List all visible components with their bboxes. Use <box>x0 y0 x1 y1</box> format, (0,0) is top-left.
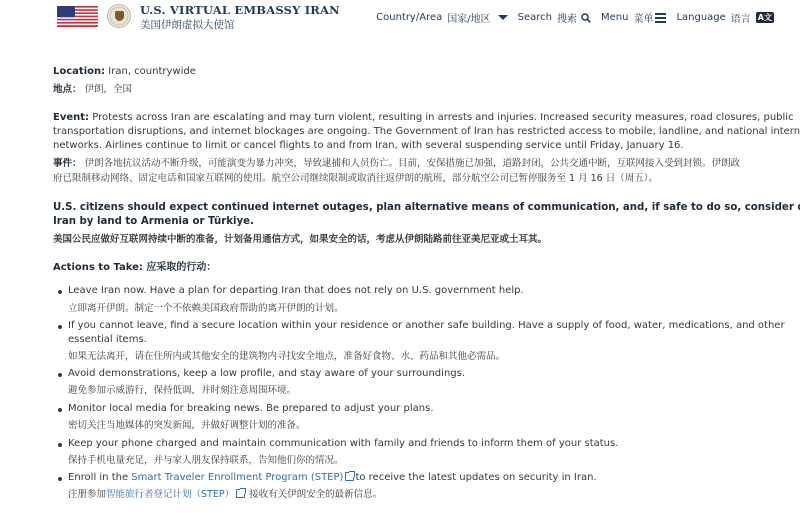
actions-heading-zh: 应采取的行动： <box>143 262 216 273</box>
bullet-icon <box>58 373 62 377</box>
menu-label-zh: 菜单 <box>633 10 653 25</box>
country-label: Country/Area <box>376 12 442 23</box>
action-text-zh: 立即离开伊朗。制定一个不依赖美国政府帮助的离开伊朗的计划。 <box>68 302 344 316</box>
language-button[interactable]: Language 语言 A文 <box>676 10 774 25</box>
action-text: If you cannot leave, find a secure locat… <box>68 319 785 333</box>
search-button[interactable]: Search 搜索 <box>518 10 591 25</box>
advisory-line-1: U.S. citizens should expect continued in… <box>53 201 800 215</box>
action-text: Avoid demonstrations, keep a low profile… <box>68 367 465 381</box>
bullet-icon <box>58 325 62 329</box>
language-label-zh: 语言 <box>731 10 751 25</box>
action-text: Leave Iran now. Have a plan for departin… <box>68 284 524 298</box>
menu-button[interactable]: Menu 菜单 <box>601 10 666 25</box>
step-text-pre-zh: 注册参加 <box>68 489 106 500</box>
search-label: Search <box>518 12 552 23</box>
event-line-3: networks. Airlines continue to limit or … <box>53 139 684 153</box>
hamburger-icon <box>655 13 666 23</box>
action-text-zh: 保持手机电量充足，并与家人朋友保持联系，告知他们你的情况。 <box>68 454 344 468</box>
site-title-zh[interactable]: 美国伊朗虚拟大使馆 <box>140 17 235 32</box>
translate-icon: A文 <box>756 12 774 23</box>
search-icon <box>581 13 591 23</box>
event-text: Protests across Iran are escalating and … <box>89 112 794 123</box>
bullet-icon <box>58 290 62 294</box>
location-value: Iran, countrywide <box>105 66 196 77</box>
action-text: Enroll in the Smart Traveler Enrollment … <box>68 471 597 485</box>
event-label: Event: <box>53 112 89 123</box>
step-text-pre: Enroll in the <box>68 472 131 483</box>
us-flag-icon <box>57 6 98 27</box>
step-link[interactable]: Smart Traveler Enrollment Program (STEP) <box>131 472 343 483</box>
bullet-icon <box>58 408 62 412</box>
event-text-zh: 伊朗各地抗议活动不断升级，可能演变为暴力冲突，导致逮捕和人员伤亡。目前，安保措施… <box>82 158 741 169</box>
step-text-post: to receive the latest updates on securit… <box>355 472 596 483</box>
action-text-zh: 避免参加示威游行，保持低调，并时刻注意周围环境。 <box>68 384 296 398</box>
language-label: Language <box>676 12 725 23</box>
event-label-zh: 事件： <box>53 158 82 169</box>
action-text: Keep your phone charged and maintain com… <box>68 437 618 451</box>
advisory-line-2: Iran by land to Armenia or Türkiye. <box>53 215 254 229</box>
bullet-icon <box>58 443 62 447</box>
location-value-zh: 伊朗，全国 <box>82 84 133 95</box>
site-title[interactable]: U.S. VIRTUAL EMBASSY IRAN <box>140 3 340 17</box>
advisory-line-zh: 美国公民应做好互联网持续中断的准备，计划备用通信方式，如果安全的话，考虑从伊朗陆… <box>53 233 547 247</box>
embassy-seal-icon[interactable] <box>107 4 131 28</box>
location-label-zh: 地点： <box>53 84 82 95</box>
bullet-icon <box>58 477 62 481</box>
caret-down-icon <box>498 15 508 20</box>
country-label-zh: 国家/地区 <box>447 10 490 25</box>
external-link-icon[interactable] <box>345 472 354 481</box>
menu-label: Menu <box>601 12 628 23</box>
event-line-2: transportation disruptions, and internet… <box>53 125 800 139</box>
event-line-1: Event: Protests across Iran are escalati… <box>53 111 794 125</box>
main-nav: Country/Area 国家/地区 Search 搜索 Menu 菜单 Lan… <box>366 10 774 25</box>
event-line-zh-2: 府已限制移动网络、固定电话和国家互联网的使用。航空公司继续限制或取消往返伊朗的航… <box>53 172 658 186</box>
step-link-zh[interactable]: 智能旅行者登记计划 <box>106 489 192 500</box>
actions-heading: Actions to Take: 应采取的行动： <box>53 261 216 275</box>
step-text-post-zh: 接收有关伊朗安全的最新信息。 <box>246 489 382 500</box>
action-text-zh: 注册参加智能旅行者登记计划（STEP） 接收有关伊朗安全的最新信息。 <box>68 488 382 502</box>
country-area-dropdown[interactable]: Country/Area 国家/地区 <box>376 10 507 25</box>
location-label: Location: <box>53 66 105 77</box>
action-text-zh: 如果无法离开，请在住所内或其他安全的建筑物内寻找安全地点，准备好食物、水、药品和… <box>68 350 505 364</box>
site-header: U.S. VIRTUAL EMBASSY IRAN 美国伊朗虚拟大使馆 Coun… <box>0 0 800 36</box>
action-text-cont: essential items. <box>68 333 147 347</box>
external-link-icon[interactable] <box>236 489 245 498</box>
actions-heading-en: Actions to Take: <box>53 262 143 273</box>
action-text-zh: 密切关注当地媒体的突发新闻，并做好调整计划的准备。 <box>68 419 306 433</box>
step-link-abbr-zh[interactable]: （STEP） <box>192 489 235 500</box>
location-line-zh: 地点： 伊朗，全国 <box>53 83 132 97</box>
location-line: Location: Iran, countrywide <box>53 65 196 79</box>
search-label-zh: 搜索 <box>557 10 577 25</box>
action-text: Monitor local media for breaking news. B… <box>68 402 434 416</box>
event-line-zh-1: 事件： 伊朗各地抗议活动不断升级，可能演变为暴力冲突，导致逮捕和人员伤亡。目前，… <box>53 157 740 171</box>
